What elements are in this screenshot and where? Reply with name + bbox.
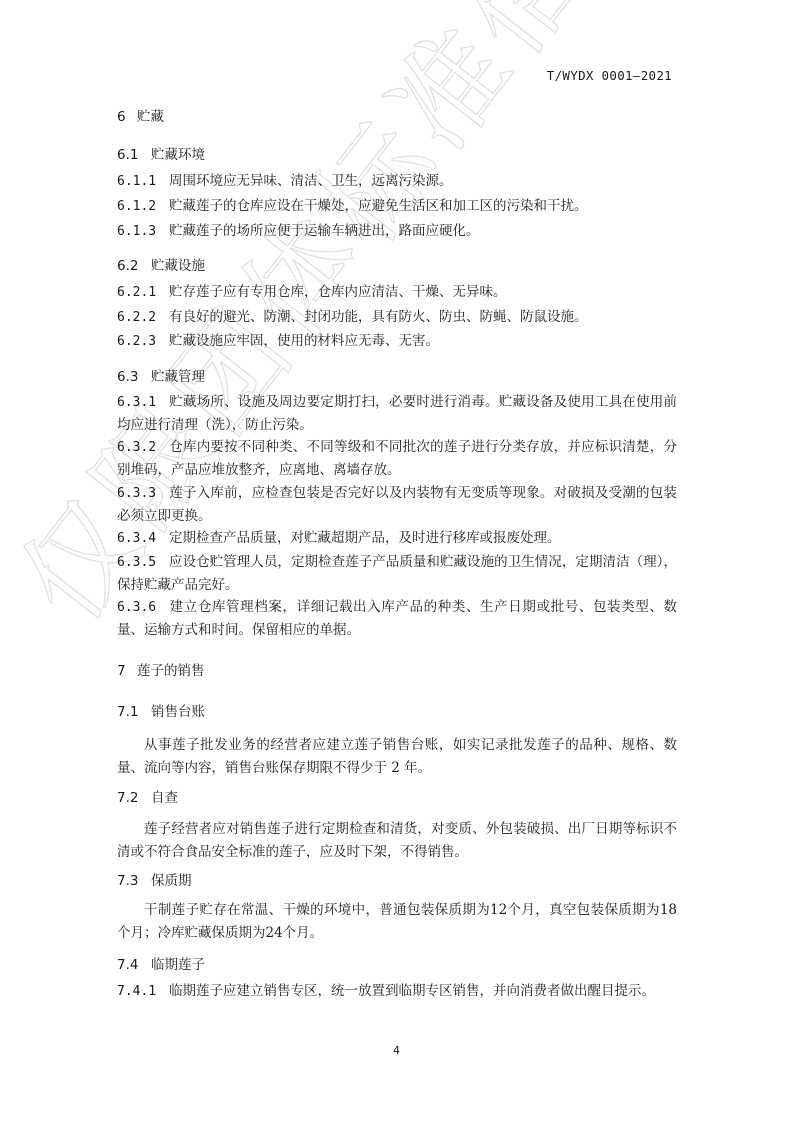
section-heading-7: 7莲子的销售: [117, 659, 205, 679]
clause-6-3-5: 6.3.5应设仓贮管理人员，定期检查莲子产品质量和贮藏设施的卫生情况，定期清洁（…: [117, 551, 677, 597]
clause-6-1-3: 6.1.3贮藏莲子的场所应便于运输车辆进出，路面应硬化。: [117, 220, 677, 243]
clause-6-3-2: 6.3.2仓库内要按不同种类、不同等级和不同批次的莲子进行分类存放，并应标识清楚…: [117, 436, 677, 482]
paragraph-7-2: 莲子经营者应对销售莲子进行定期检查和清货，对变质、外包装破损、出厂日期等标识不清…: [117, 818, 677, 864]
clause-7-4-1: 7.4.1临期莲子应建立销售专区，统一放置到临期专区销售，并向消费者做出醒目提示…: [117, 980, 677, 1003]
section-heading-7-3: 7.3保质期: [117, 869, 192, 889]
clause-6-3-4: 6.3.4定期检查产品质量，对贮藏超期产品，及时进行移库或报废处理。: [117, 527, 677, 550]
section-heading-6-2: 6.2贮藏设施: [117, 254, 205, 274]
section-heading-7-2: 7.2自查: [117, 786, 178, 806]
clause-6-1-1: 6.1.1周围环境应无异味、清洁、卫生，远离污染源。: [117, 170, 677, 193]
section-heading-6-1: 6.1贮藏环境: [117, 143, 205, 163]
section-heading-7-4: 7.4临期莲子: [117, 953, 205, 973]
clause-6-3-3: 6.3.3莲子入库前，应检查包装是否完好以及内装物有无变质等现象。对破损及受潮的…: [117, 482, 677, 528]
section-heading-7-1: 7.1销售台账: [117, 700, 205, 720]
clause-6-1-2: 6.1.2贮藏莲子的仓库应设在干燥处，应避免生活区和加工区的污染和干扰。: [117, 195, 677, 218]
paragraph-7-3: 干制莲子贮存在常温、干燥的环境中，普通包装保质期为12个月，真空包装保质期为18…: [117, 899, 677, 945]
paragraph-7-1: 从事莲子批发业务的经营者应建立莲子销售台账，如实记录批发莲子的品种、规格、数量、…: [117, 734, 677, 780]
clause-6-2-3: 6.2.3贮藏设施应牢固，使用的材料应无毒、无害。: [117, 330, 677, 353]
clause-6-2-2: 6.2.2有良好的避光、防潮、封闭功能，具有防火、防虫、防蝇、防鼠设施。: [117, 306, 677, 329]
page-number: 4: [0, 1044, 793, 1057]
standard-code: T/WYDX 0001—2021: [547, 68, 672, 83]
clause-6-3-6: 6.3.6建立仓库管理档案，详细记载出入库产品的种类、生产日期或批号、包装类型、…: [117, 596, 677, 642]
clause-6-2-1: 6.2.1贮存莲子应有专用仓库，仓库内应清洁、干燥、无异味。: [117, 281, 677, 304]
section-heading-6: 6贮藏: [117, 105, 164, 125]
section-heading-6-3: 6.3贮藏管理: [117, 365, 205, 385]
clause-6-3-1: 6.3.1贮藏场所、设施及周边要定期打扫，必要时进行消毒。贮藏设备及使用工具在使…: [117, 391, 677, 437]
